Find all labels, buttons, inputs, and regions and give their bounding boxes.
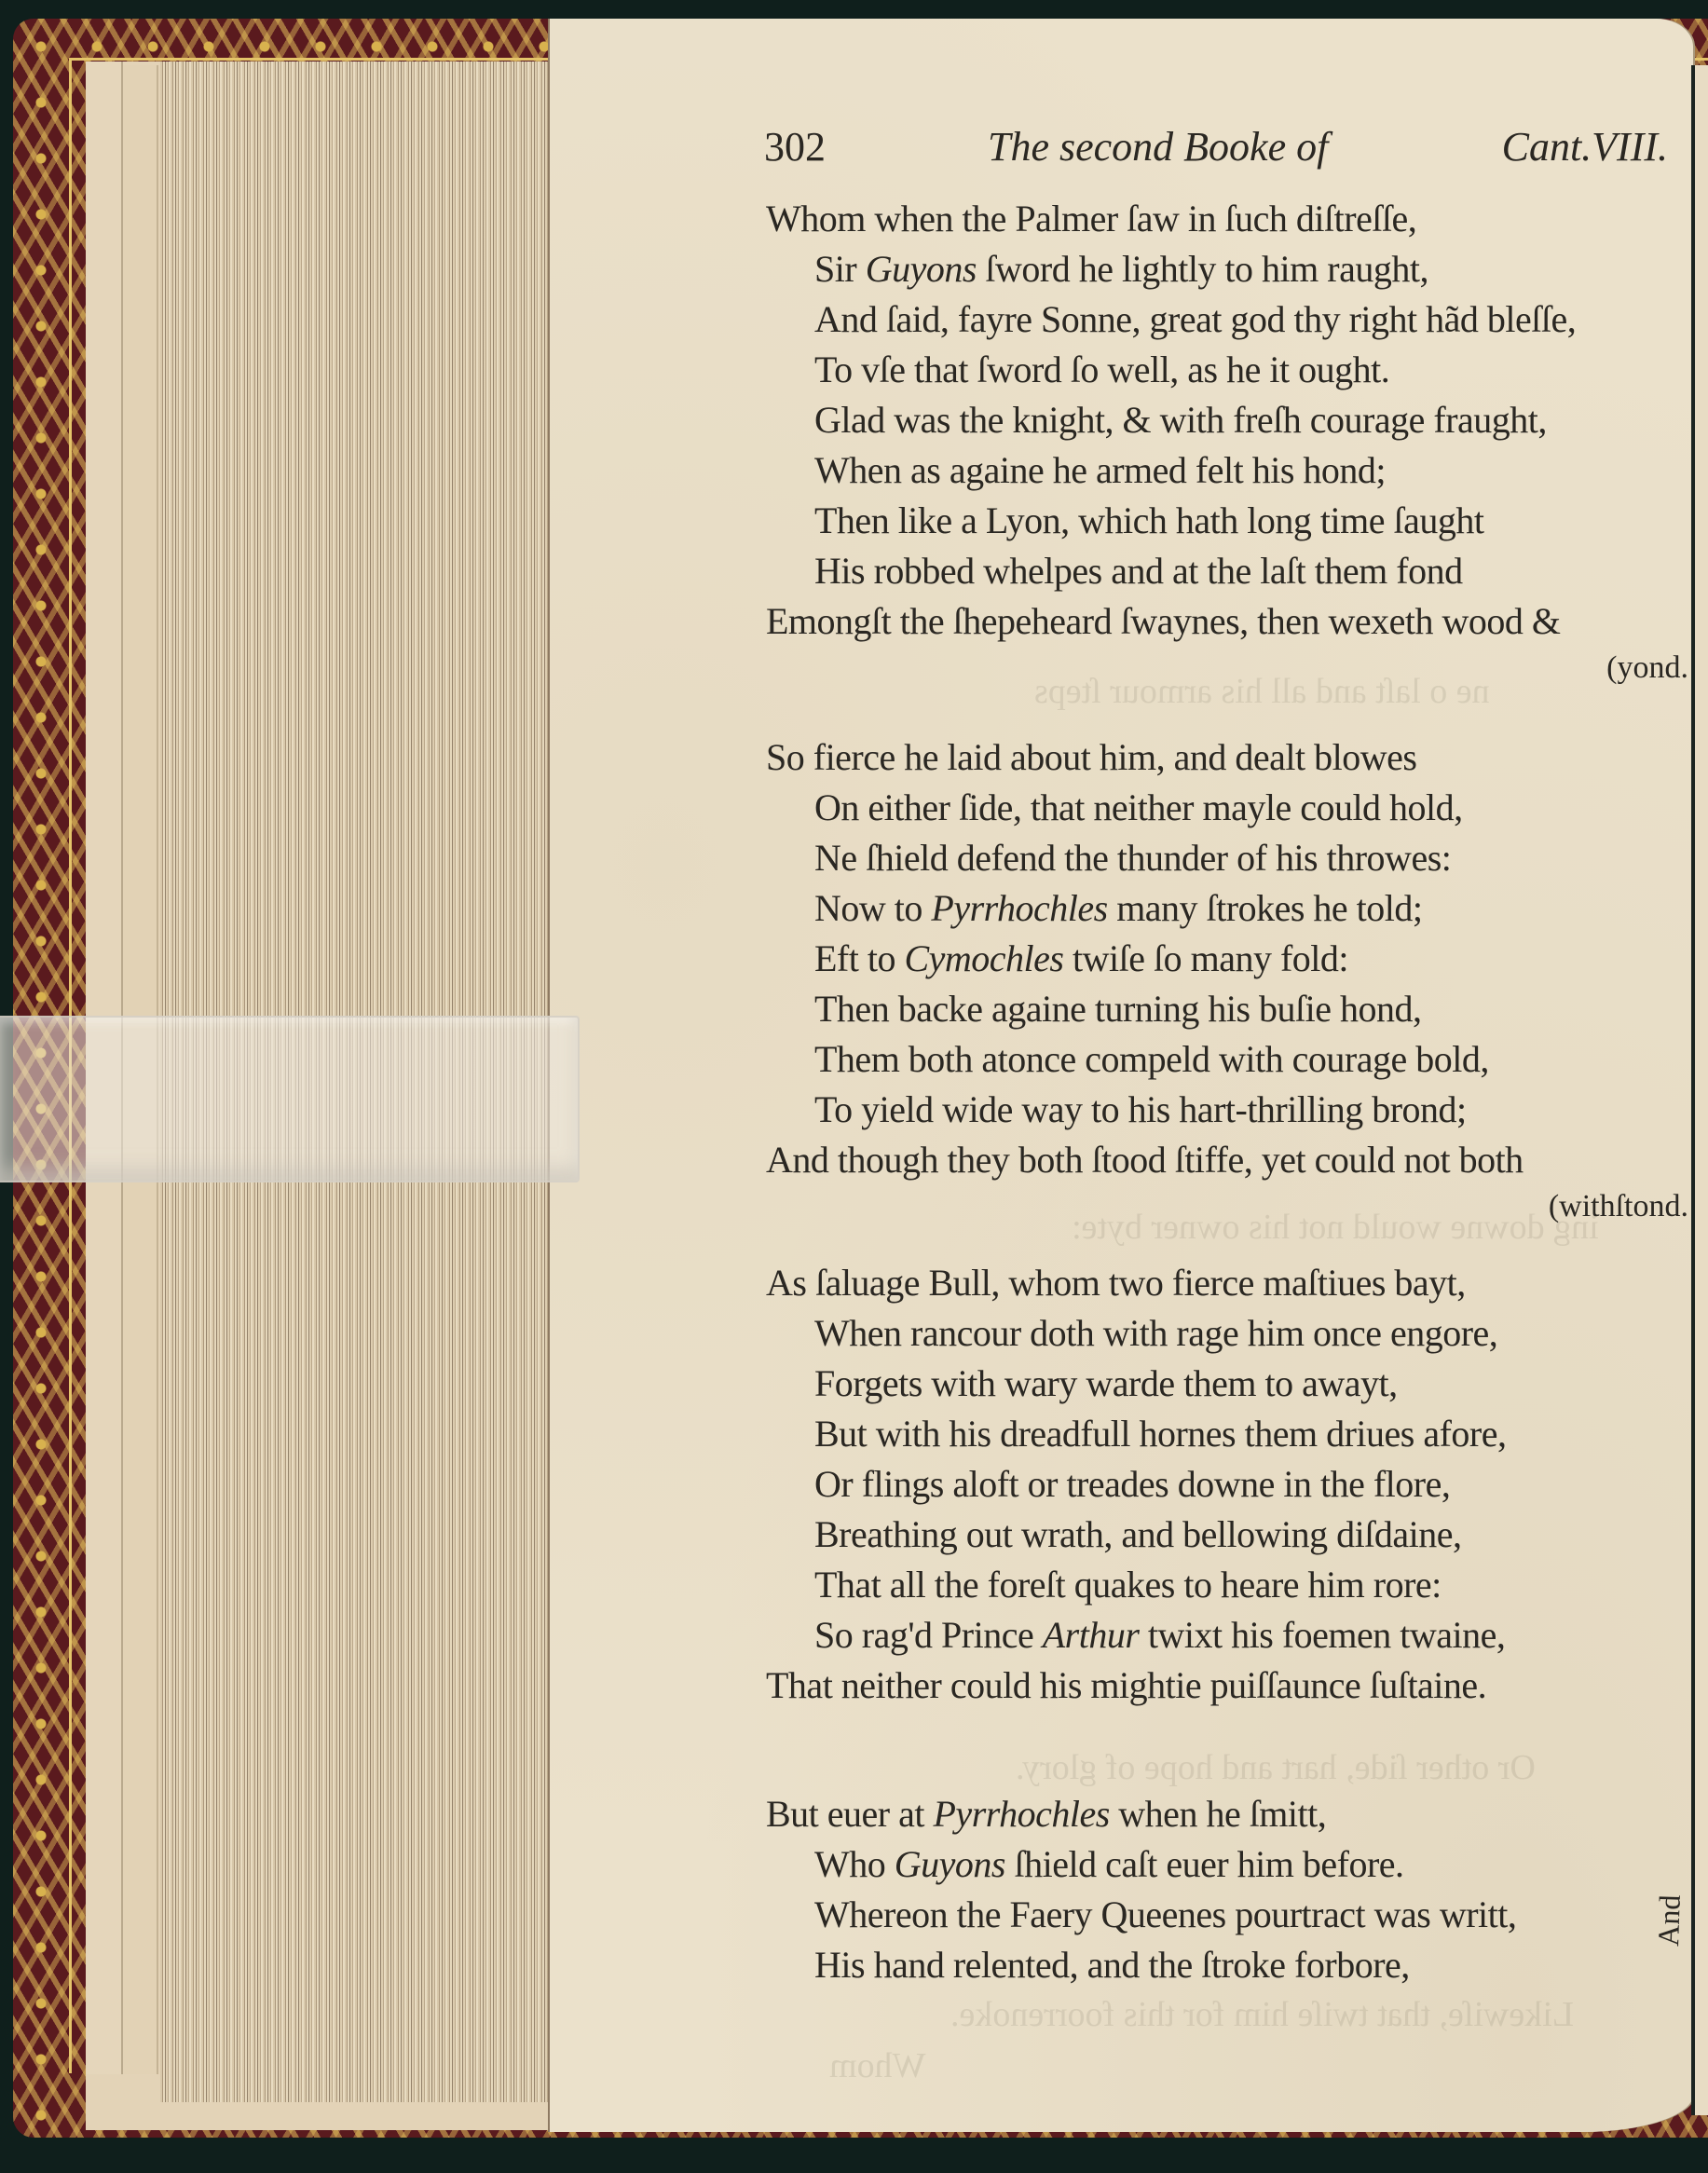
- right-page-edge: [1691, 65, 1708, 2115]
- verse-line: To yield wide way to his hart-thrilling …: [766, 1085, 1698, 1135]
- verse-line: Emongſt the ſhepeheard ſwaynes, then wex…: [766, 596, 1698, 647]
- canto-label: Cant.VIII.: [1502, 123, 1668, 171]
- verse-line: Then like a Lyon, which hath long time ſ…: [766, 496, 1698, 546]
- stanza-4: But euer at Pyrrhochles when he ſmitt, W…: [766, 1789, 1698, 1990]
- verse-line: But euer at Pyrrhochles when he ſmitt,: [766, 1789, 1698, 1839]
- show-through-text: Whom: [829, 2045, 925, 2086]
- verse-line: But with his dreadfull hornes them driue…: [766, 1409, 1698, 1459]
- verse-line: Whom when the Palmer ſaw in ſuch diſtreſ…: [766, 194, 1698, 244]
- show-through-text: Or other ſide, hart and hope of glory.: [1016, 1747, 1536, 1788]
- verse-line: Whereon the Faery Queenes pourtract was …: [766, 1890, 1698, 1940]
- verse-line: His hand relented, and the ſtroke forbor…: [766, 1940, 1698, 1990]
- stanza-2: So fierce he laid about him, and dealt b…: [766, 732, 1698, 1228]
- verse-line: His robbed whelpes and at the laſt them …: [766, 546, 1698, 596]
- verse-line: Breathing out wrath, and bellowing diſda…: [766, 1510, 1698, 1560]
- verse-line: So fierce he laid about him, and dealt b…: [766, 732, 1698, 783]
- turnover-line: (yond.: [766, 647, 1698, 690]
- verse-line: Glad was the knight, & with freſh courag…: [766, 395, 1698, 445]
- verse-line: As ſaluage Bull, whom two fierce maſtiue…: [766, 1258, 1698, 1308]
- verse-line: To vſe that ſword ſo well, as he it ough…: [766, 345, 1698, 395]
- turnover-line: (withſtond.: [766, 1185, 1698, 1228]
- verse-line: Forgets with wary warde them to awayt,: [766, 1359, 1698, 1409]
- stanza-3: As ſaluage Bull, whom two fierce maſtiue…: [766, 1258, 1698, 1711]
- verse-line: Ne ſhield defend the thunder of his thro…: [766, 833, 1698, 883]
- show-through-text: Likewiſe, that twiſe him for this foorre…: [950, 1994, 1574, 2035]
- verse-line: Who Guyons ſhield caſt euer him before.: [766, 1839, 1698, 1890]
- verse-line: On either ſide, that neither mayle could…: [766, 783, 1698, 833]
- book-scan: ne o laſt and all his armour ſteps ing d…: [0, 0, 1708, 2173]
- verse-line: Them both atonce compeld with courage bo…: [766, 1034, 1698, 1085]
- verse-line: Now to Pyrrhochles many ſtrokes he told;: [766, 883, 1698, 934]
- verse-line: That neither could his mightie puiſſaunc…: [766, 1660, 1698, 1711]
- italic-name: Arthur: [1043, 1614, 1140, 1656]
- italic-name: Pyrrhochles: [934, 1793, 1110, 1835]
- stanza-1: Whom when the Palmer ſaw in ſuch diſtreſ…: [766, 194, 1698, 690]
- verse-line: Then backe againe turning his buſie hond…: [766, 984, 1698, 1034]
- verse-line: When rancour doth with rage him once eng…: [766, 1308, 1698, 1359]
- right-page: ne o laſt and all his armour ſteps ing d…: [548, 19, 1693, 2132]
- page-text-area: ne o laſt and all his armour ſteps ing d…: [550, 19, 1693, 2132]
- italic-name: Cymochles: [904, 937, 1063, 979]
- verse-line: Or flings aloft or treades downe in the …: [766, 1459, 1698, 1510]
- verse-line: Eft to Cymochles twiſe ſo many fold:: [766, 934, 1698, 984]
- verse-line: That all the foreſt quakes to heare him …: [766, 1560, 1698, 1610]
- running-title: The second Booke of: [988, 123, 1328, 171]
- verse-line: And though they both ſtood ſtiffe, yet c…: [766, 1135, 1698, 1185]
- running-head: 302 The second Booke of Cant.VIII.: [764, 123, 1677, 179]
- catchword: And: [1651, 1894, 1688, 1947]
- verse-line: So rag'd Prince Arthur twixt his foemen …: [766, 1610, 1698, 1660]
- italic-name: Pyrrhochles: [931, 887, 1107, 929]
- verse-line: When as againe he armed felt his hond;: [766, 445, 1698, 496]
- page-number: 302: [764, 123, 826, 171]
- italic-name: Guyons: [895, 1843, 1005, 1885]
- verse-line: And ſaid, fayre Sonne, great god thy rig…: [766, 294, 1698, 345]
- italic-name: Guyons: [866, 248, 977, 290]
- acrylic-page-clip: [0, 1016, 580, 1182]
- verse-line: Sir Guyons ſword he lightly to him raugh…: [766, 244, 1698, 294]
